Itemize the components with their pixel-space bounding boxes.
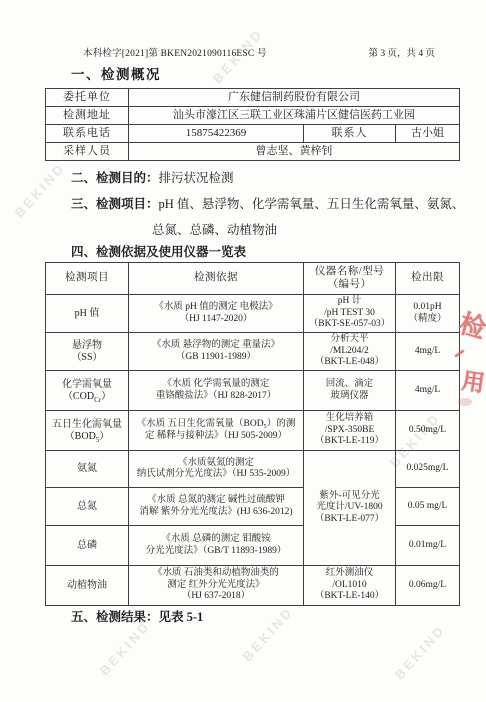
method-row: 总氮《水质 总氮的测定 碱性过硫酸钾消解 紫外分光光度法》(HJ 636-201… (46, 488, 460, 526)
overview-label-cell: 联系电话 (46, 125, 129, 143)
method-basis-cell-line: 《水质 pH 值的测定 电极法》 (130, 302, 302, 313)
method-limit-cell-line: 0.05 mg/L (397, 501, 458, 512)
overview-label-cell: 委托单位 (46, 89, 129, 107)
overview-value-cell-line: 古小姐 (397, 127, 458, 140)
overview-value-cell: 曾志坚、黄梓钊 (129, 143, 460, 161)
method-item-cell-line: 五日生化需氧量 (47, 419, 127, 431)
method-row: pH 值《水质 pH 值的测定 电极法》（HJ 1147-2020）pH 计/p… (46, 295, 460, 333)
section-2-title: 二、检测目的：排污状况检测 (71, 168, 234, 186)
method-limit-cell: 4mg/L (396, 333, 460, 371)
method-row: 悬浮物（SS）《水质 悬浮物的测定 重量法》（GB 11901-1989）分析天… (46, 333, 460, 371)
method-basis-cell-line: 《水质 总氮的测定 碱性过硫酸钾 (130, 495, 302, 506)
method-limit-cell-line: 0.01pH (397, 302, 458, 313)
overview-label-cell: 检测地址 (46, 107, 129, 125)
section-3-title: 三、检测项目：pH 值、悬浮物、化学需氧量、五日生化需氧量、氨氮、 (71, 194, 464, 212)
method-item-cell-line: 动植物油 (47, 580, 127, 592)
overview-label-cell-line: 采样人员 (47, 145, 127, 158)
method-limit-cell-line: （精度） (397, 314, 458, 325)
method-item-cell: 氨氮 (46, 451, 129, 488)
methods-header-cell: 检出限 (396, 263, 460, 295)
overview-value-cell: 广东健信制药股份有限公司 (129, 89, 460, 107)
section-3-label: 三、检测项目： (71, 197, 159, 211)
method-item-cell-line: （BOD5） (47, 431, 127, 443)
method-limit-cell-line: 4mg/L (397, 385, 458, 396)
method-instrument-cell: 回流、滴定玻璃仪器 (304, 371, 396, 411)
watermark-text: BEKIND (392, 622, 449, 682)
method-instrument-cell-line: （BKT-LE-119） (305, 436, 394, 447)
method-basis-cell-line: （HJ 637-2018） (130, 591, 302, 602)
page-indicator: 第 3 页，共 4 页 (368, 45, 435, 59)
method-limit-cell-line: 4mg/L (397, 346, 458, 357)
method-limit-cell: 0.06mg/L (396, 566, 460, 606)
method-basis-cell: 《水质 石油类和动植物油类的测定 红外分光光度法》（HJ 637-2018） (129, 566, 304, 606)
methods-table: 检测项目检测依据仪器名称/型号（编号）检出限 pH 值《水质 pH 值的测定 电… (45, 262, 460, 606)
overview-value-cell-line: 汕头市濠江区三联工业区珠浦片区健信医药工业园 (130, 109, 458, 122)
method-instrument-cell-line: 分析天平 (305, 334, 394, 345)
method-basis-cell: 《水质 总磷的测定 钼酸铵分光光度法》（GB/T 11893-1989） (129, 526, 304, 566)
method-basis-cell-line: 《水质 石油类和动植物油类的 (130, 568, 302, 579)
seal-character: 用 (460, 363, 486, 399)
overview-value-cell-line: 广东健信制药股份有限公司 (130, 91, 458, 104)
overview-label-cell: 联系人 (304, 125, 396, 143)
method-row: 化学需氧量（CODCr）《水质 化学需氧量的测定重铬酸盐法》（HJ 828-20… (46, 371, 460, 411)
method-item-cell: 总氮 (46, 488, 129, 526)
overview-label-cell-line: 联系电话 (47, 127, 127, 140)
method-item-cell: 动植物油 (46, 566, 129, 606)
method-basis-cell-line: 《水质 五日生化需氧量（BOD₅）的测 (130, 419, 302, 430)
method-limit-cell: 0.025mg/L (396, 451, 460, 488)
section-2-text: 排污状况检测 (159, 171, 234, 185)
method-item-cell: 化学需氧量（CODCr） (46, 371, 129, 411)
method-instrument-cell: 分析天平/ML204/2（BKT-LE-048） (304, 333, 396, 371)
method-basis-cell: 《水质 悬浮物的测定 重量法》（GB 11901-1989） (129, 333, 304, 371)
methods-header-cell-line: 检出限 (397, 272, 458, 285)
method-instrument-cell-line: 回流、滴定 (305, 379, 394, 390)
method-basis-cell: 《水质 化学需氧量的测定重铬酸盐法》（HJ 828-2017） (129, 371, 304, 411)
overview-value-cell-line: 曾志坚、黄梓钊 (130, 145, 458, 158)
method-instrument-cell: pH 计/pH TEST 30（BKT-SE-057-03） (304, 295, 396, 333)
methods-header-cell: 仪器名称/型号（编号） (304, 263, 396, 295)
method-basis-cell-line: 消解 紫外分光光度法》(HJ 636-2012) (130, 507, 302, 518)
overview-value-cell-line: 15875422369 (130, 127, 302, 140)
method-item-cell: 总磷 (46, 526, 129, 566)
method-limit-cell: 0.50mg/L (396, 411, 460, 451)
methods-table-header-row: 检测项目检测依据仪器名称/型号（编号）检出限 (46, 263, 460, 295)
overview-row: 委托单位广东健信制药股份有限公司 (46, 89, 460, 107)
section-4-title: 四、检测依据及使用仪器一览表 (71, 242, 246, 260)
overview-label-cell-line: 联系人 (305, 127, 394, 140)
method-item-cell-line: 氨氮 (47, 463, 127, 475)
overview-label-cell: 采样人员 (46, 143, 129, 161)
overview-table: 委托单位广东健信制药股份有限公司检测地址汕头市濠江区三联工业区珠浦片区健信医药工… (45, 88, 460, 161)
method-item-cell-line: （CODCr） (47, 391, 127, 403)
seal-mark (458, 398, 472, 406)
method-limit-cell: 0.01mg/L (396, 526, 460, 566)
method-basis-cell-line: 《水质 悬浮物的测定 重量法》 (130, 340, 302, 351)
method-instrument-cell-line: （BKT-LE-077） (305, 514, 394, 525)
method-item-cell-line: pH 值 (47, 308, 127, 320)
section-3-items-line2: 总氮、总磷、动植物油 (152, 220, 277, 238)
overview-row: 采样人员曾志坚、黄梓钊 (46, 143, 460, 161)
overview-value-cell: 15875422369 (129, 125, 304, 143)
method-instrument-cell-line: （BKT-LE-048） (305, 357, 394, 368)
method-instrument-cell: 紫外-可见分光光度计/UV-1800（BKT-LE-077） (304, 451, 396, 566)
method-instrument-cell: 红外测油仪/OL1010（BKT-LE-140） (304, 566, 396, 606)
method-item-cell-line: 总氮 (47, 501, 127, 513)
methods-header-cell-line: （编号） (305, 279, 394, 292)
methods-header-cell-line: 仪器名称/型号 (305, 266, 394, 279)
method-basis-cell: 《水质氨氮的测定纳氏试剂分光光度法》（HJ 535-2009） (129, 451, 304, 488)
method-basis-cell-line: 《水质氨氮的测定 (130, 458, 302, 469)
method-limit-cell: 0.01pH（精度） (396, 295, 460, 333)
method-basis-cell-line: 定 稀释与接种法》（HJ 505-2009） (130, 431, 302, 442)
method-instrument-cell-line: /pH TEST 30 (305, 308, 394, 319)
method-item-cell-line: 化学需氧量 (47, 379, 127, 391)
method-item-cell: 悬浮物（SS） (46, 333, 129, 371)
method-limit-cell-line: 0.025mg/L (397, 463, 458, 474)
method-basis-cell-line: （GB 11901-1989） (130, 352, 302, 363)
watermark-text: BEKIND (240, 604, 297, 664)
method-basis-cell-line: 重铬酸盐法》（HJ 828-2017） (130, 391, 302, 402)
method-item-cell: pH 值 (46, 295, 129, 333)
overview-row: 联系电话15875422369联系人古小姐 (46, 125, 460, 143)
section-1-title: 一、检测概况 (71, 63, 161, 83)
method-basis-cell: 《水质 pH 值的测定 电极法》（HJ 1147-2020） (129, 295, 304, 333)
overview-value-cell: 汕头市濠江区三联工业区珠浦片区健信医药工业园 (129, 107, 460, 125)
method-basis-cell-line: 测定 红外分光光度法》 (130, 580, 302, 591)
method-item-cell-line: 悬浮物 (47, 340, 127, 352)
method-instrument-cell-line: 光度计/UV-1800 (305, 502, 394, 513)
method-instrument-cell-line: /SPX-350BE (305, 425, 394, 436)
method-instrument-cell: 生化培养箱/SPX-350BE（BKT-LE-119） (304, 411, 396, 451)
methods-header-cell-line: 检测依据 (130, 272, 302, 285)
section-5-label: 五、检测结果： (71, 610, 159, 624)
method-limit-cell-line: 0.50mg/L (397, 425, 458, 436)
section-5-text: 见表 5-1 (159, 610, 204, 624)
methods-header-cell-line: 检测项目 (47, 272, 127, 285)
method-basis-cell-line: 分光光度法》（GB/T 11893-1989） (130, 546, 302, 557)
overview-label-cell-line: 检测地址 (47, 109, 127, 122)
method-row: 氨氮《水质氨氮的测定纳氏试剂分光光度法》（HJ 535-2009）紫外-可见分光… (46, 451, 460, 488)
method-basis-cell-line: 《水质 总磷的测定 钼酸铵 (130, 534, 302, 545)
method-instrument-cell-line: 紫外-可见分光 (305, 491, 394, 502)
method-limit-cell: 4mg/L (396, 371, 460, 411)
method-row: 动植物油《水质 石油类和动植物油类的测定 红外分光光度法》（HJ 637-201… (46, 566, 460, 606)
method-instrument-cell-line: /OL1010 (305, 580, 394, 591)
method-instrument-cell-line: /ML204/2 (305, 346, 394, 357)
section-3-items-line1: pH 值、悬浮物、化学需氧量、五日生化需氧量、氨氮、 (159, 197, 465, 211)
watermark-text: BEKIND (12, 160, 69, 220)
method-instrument-cell-line: 生化培养箱 (305, 413, 394, 424)
overview-label-cell-line: 委托单位 (47, 91, 127, 104)
method-instrument-cell-line: pH 计 (305, 296, 394, 307)
method-instrument-cell-line: 红外测油仪 (305, 568, 394, 579)
method-limit-cell-line: 0.06mg/L (397, 580, 458, 591)
watermark-text: BEKIND (97, 618, 154, 678)
method-basis-cell-line: （HJ 1147-2020） (130, 314, 302, 325)
document-number: 本科检字[2021]第 BKEN2021090116ESC 号 (83, 45, 267, 59)
overview-value-cell: 古小姐 (396, 125, 460, 143)
methods-header-cell: 检测依据 (129, 263, 304, 295)
method-basis-cell-line: 《水质 化学需氧量的测定 (130, 379, 302, 390)
method-item-cell-line: 总磷 (47, 540, 127, 552)
method-instrument-cell-line: （BKT-SE-057-03） (305, 319, 394, 330)
method-row: 五日生化需氧量（BOD5）《水质 五日生化需氧量（BOD₅）的测定 稀释与接种法… (46, 411, 460, 451)
document-page: BEKIND BEKIND BEKIND BEKIND BEKIND BEKIN… (0, 0, 486, 702)
method-item-cell: 五日生化需氧量（BOD5） (46, 411, 129, 451)
methods-header-cell: 检测项目 (46, 263, 129, 295)
section-5-title: 五、检测结果：见表 5-1 (71, 607, 203, 625)
method-basis-cell-line: 纳氏试剂分光光度法》（HJ 535-2009） (130, 469, 302, 480)
method-basis-cell: 《水质 总氮的测定 碱性过硫酸钾消解 紫外分光光度法》(HJ 636-2012) (129, 488, 304, 526)
method-instrument-cell-line: 玻璃仪器 (305, 391, 394, 402)
section-2-label: 二、检测目的： (71, 171, 159, 185)
method-limit-cell-line: 0.01mg/L (397, 540, 458, 551)
method-basis-cell: 《水质 五日生化需氧量（BOD₅）的测定 稀释与接种法》（HJ 505-2009… (129, 411, 304, 451)
method-item-cell-line: （SS） (47, 352, 127, 364)
method-instrument-cell-line: （BKT-LE-140） (305, 591, 394, 602)
method-row: 总磷《水质 总磷的测定 钼酸铵分光光度法》（GB/T 11893-1989）0.… (46, 526, 460, 566)
method-limit-cell: 0.05 mg/L (396, 488, 460, 526)
overview-row: 检测地址汕头市濠江区三联工业区珠浦片区健信医药工业园 (46, 107, 460, 125)
